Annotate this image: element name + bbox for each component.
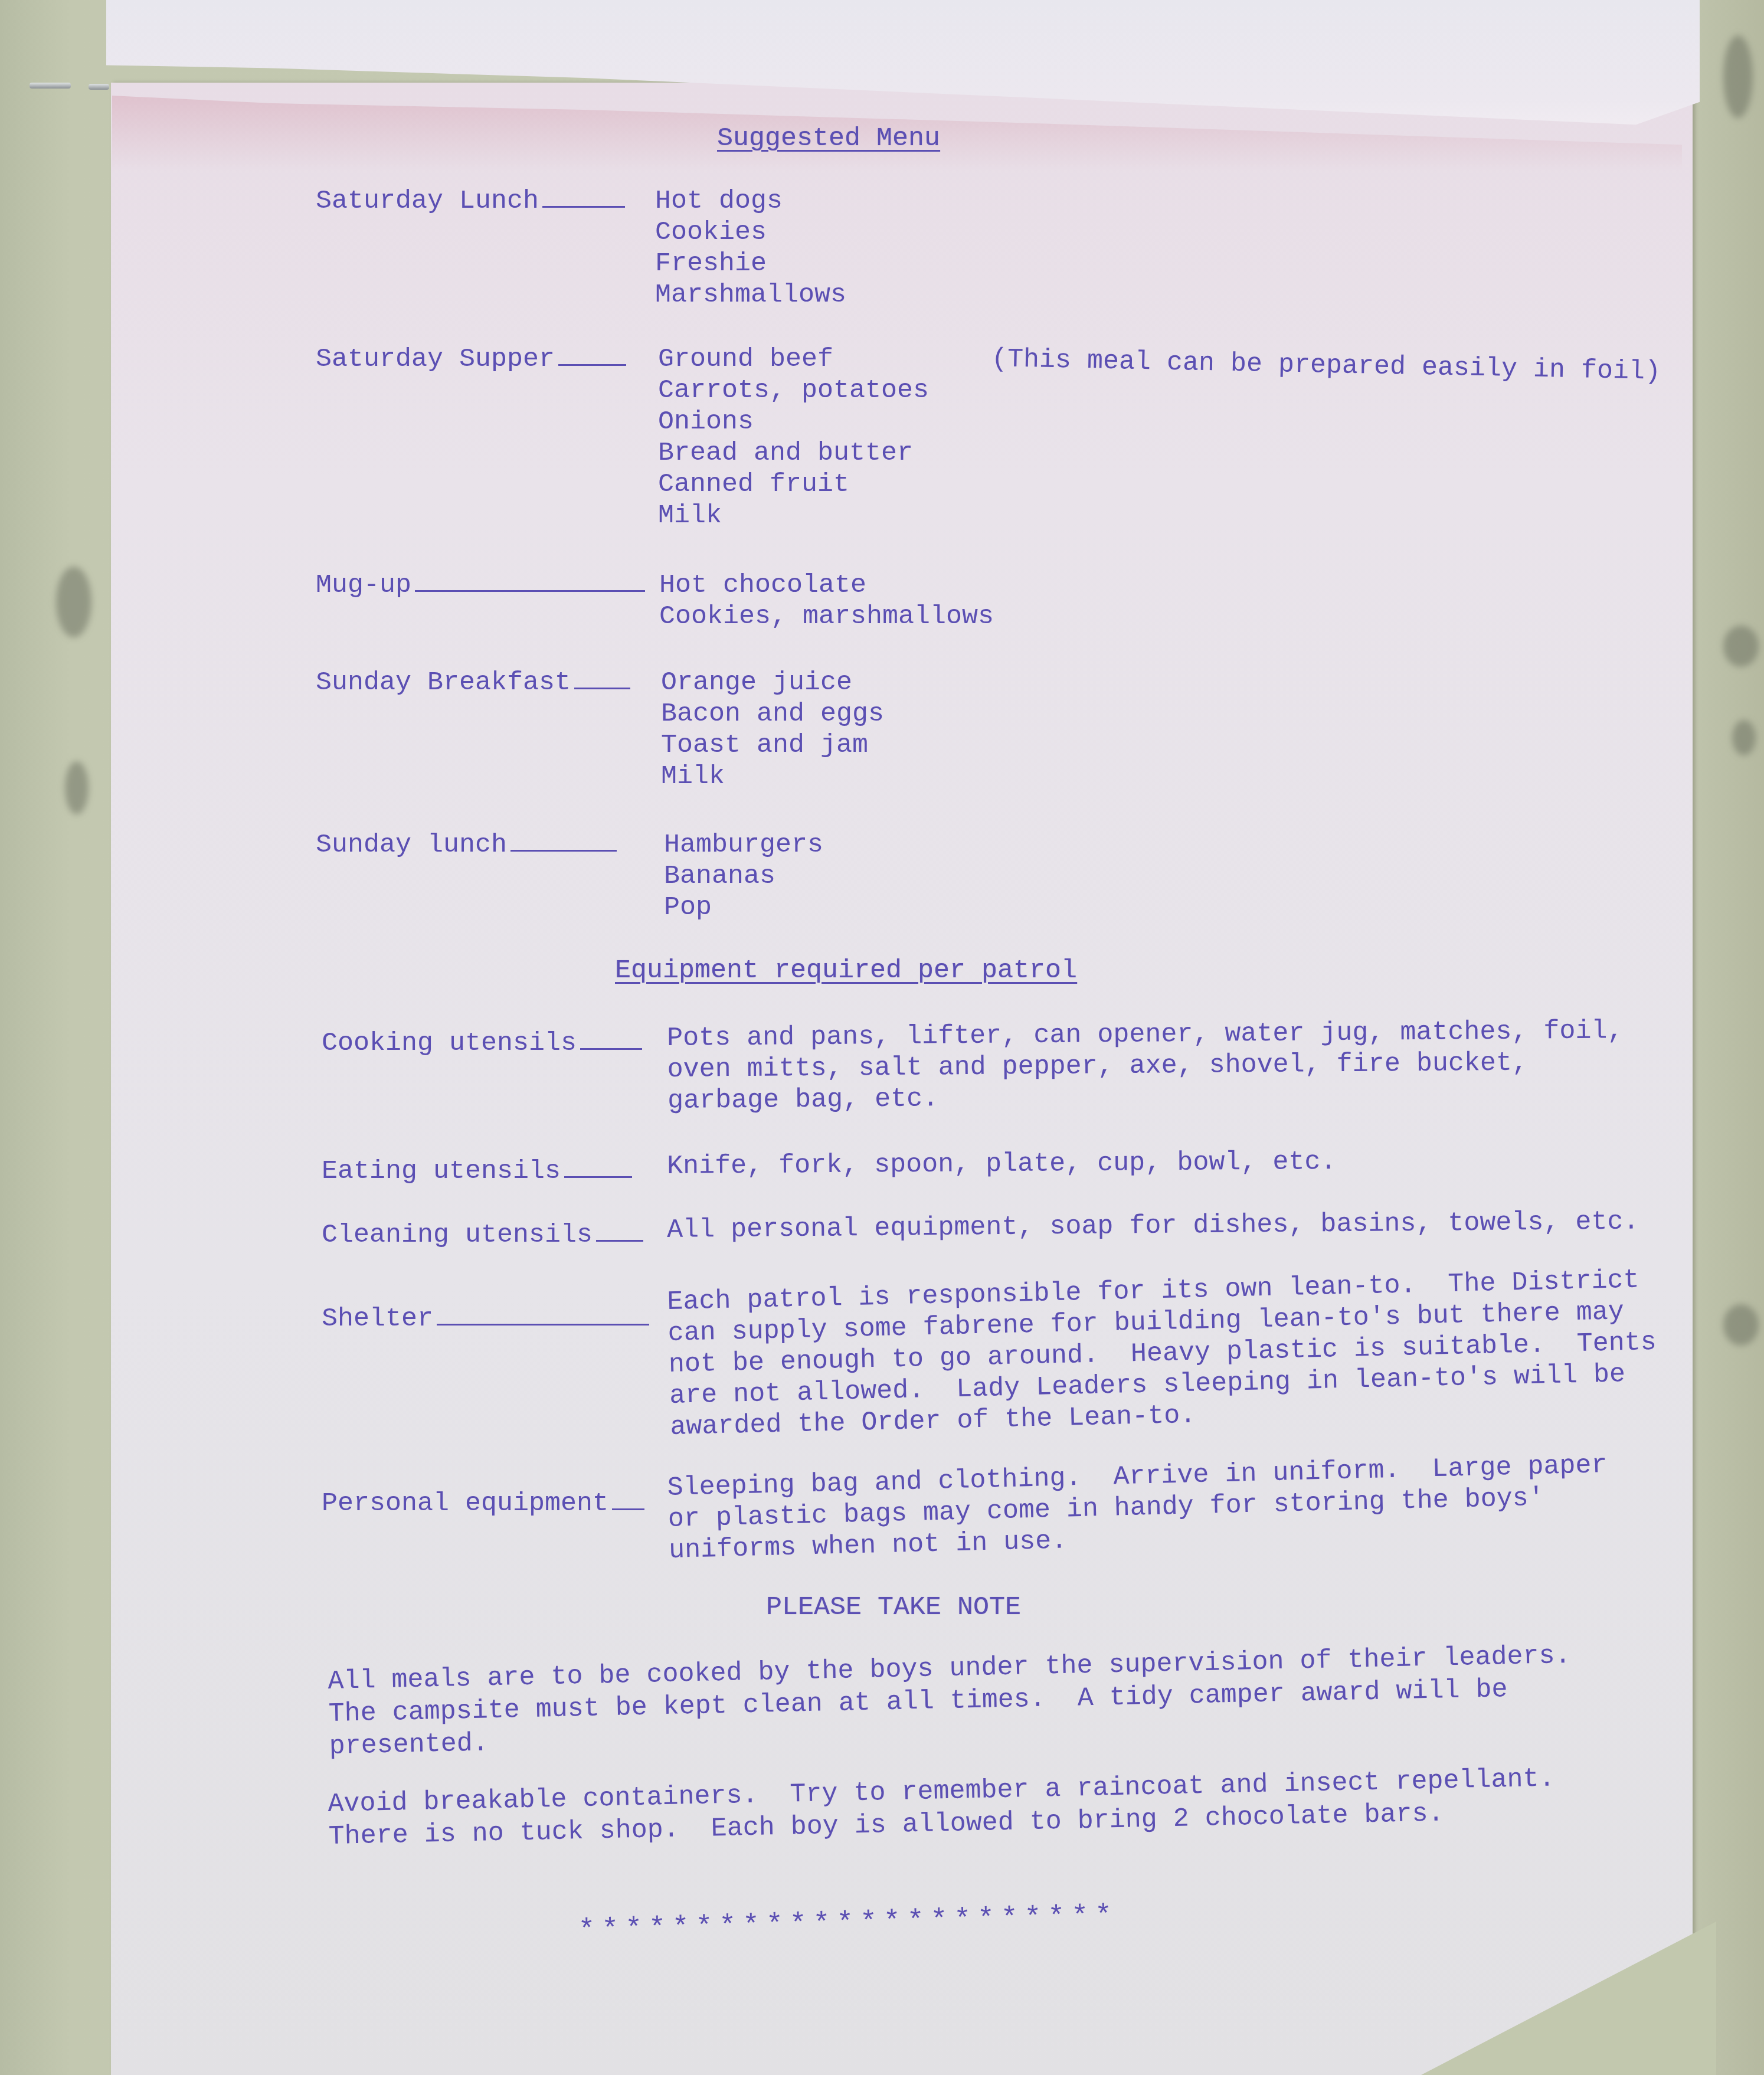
meal-label: Mug-up xyxy=(316,570,645,601)
leader-line xyxy=(612,1488,644,1510)
menu-item: Marshmallows xyxy=(655,279,846,310)
equipment-label: Personal equipment xyxy=(322,1488,644,1519)
equipment-description: Knife, fork, spoon, plate, cup, bowl, et… xyxy=(667,1146,1337,1182)
leader-line xyxy=(564,1156,632,1178)
menu-item: Toast and jam xyxy=(661,729,884,761)
background-smudge xyxy=(1723,626,1759,667)
background-smudge xyxy=(56,567,91,637)
equipment-label: Cooking utensils xyxy=(322,1027,642,1059)
notice-heading: PLEASE TAKE NOTE xyxy=(766,1592,1021,1623)
meal-items: HamburgersBananasPop xyxy=(664,829,823,923)
meal-items: Hot dogsCookiesFreshieMarshmallows xyxy=(655,185,846,310)
equipment-label: Eating utensils xyxy=(322,1156,632,1187)
meal-items: Ground beefCarrots, potatoesOnionsBread … xyxy=(658,343,929,531)
background-smudge xyxy=(1723,1304,1759,1346)
meal-label: Sunday Breakfast xyxy=(316,667,630,698)
leader-line xyxy=(415,570,645,592)
equipment-label: Shelter xyxy=(322,1303,649,1334)
menu-item: Freshie xyxy=(655,248,846,279)
equipment-description: Each patrol is responsible for its own l… xyxy=(667,1264,1658,1443)
menu-item: Hot dogs xyxy=(655,185,846,217)
menu-item: Onions xyxy=(658,406,929,437)
menu-item: Bread and butter xyxy=(658,437,929,469)
menu-item: Hamburgers xyxy=(664,829,823,860)
menu-item: Milk xyxy=(661,761,884,792)
menu-item: Bananas xyxy=(664,860,823,892)
leader-line xyxy=(542,186,625,208)
menu-item: Cookies, marshmallows xyxy=(659,601,994,632)
meal-items: Hot chocolateCookies, marshmallows xyxy=(659,570,994,632)
staple-icon xyxy=(89,84,109,90)
leader-line xyxy=(580,1028,642,1050)
menu-item: Bacon and eggs xyxy=(661,698,884,729)
meal-items: Orange juiceBacon and eggsToast and jamM… xyxy=(661,667,884,792)
equipment-heading: Equipment required per patrol xyxy=(615,955,1077,986)
meal-label: Saturday Supper xyxy=(316,343,626,375)
leader-line xyxy=(510,830,617,852)
menu-item: Orange juice xyxy=(661,667,884,698)
menu-item: Pop xyxy=(664,892,823,923)
leader-line xyxy=(596,1220,643,1242)
background-smudge xyxy=(65,761,89,814)
staple-icon xyxy=(30,83,71,89)
description-line: Knife, fork, spoon, plate, cup, bowl, et… xyxy=(667,1146,1337,1182)
meal-label: Sunday lunch xyxy=(316,829,617,860)
leader-line xyxy=(437,1304,649,1325)
menu-item: Hot chocolate xyxy=(659,570,994,601)
menu-item: Cookies xyxy=(655,217,846,248)
leader-line xyxy=(558,344,626,366)
background-smudge xyxy=(1732,720,1756,755)
menu-item: Canned fruit xyxy=(658,469,929,500)
background-smudge xyxy=(1723,35,1753,118)
menu-item: Carrots, potatoes xyxy=(658,375,929,406)
meal-label: Saturday Lunch xyxy=(316,185,625,217)
menu-item: Ground beef xyxy=(658,343,929,375)
page-title: Suggested Menu xyxy=(717,123,940,154)
equipment-description: Pots and pans, lifter, can opener, water… xyxy=(667,1015,1624,1117)
equipment-label: Cleaning utensils xyxy=(322,1219,643,1251)
leader-line xyxy=(574,667,630,689)
menu-item: Milk xyxy=(658,500,929,531)
